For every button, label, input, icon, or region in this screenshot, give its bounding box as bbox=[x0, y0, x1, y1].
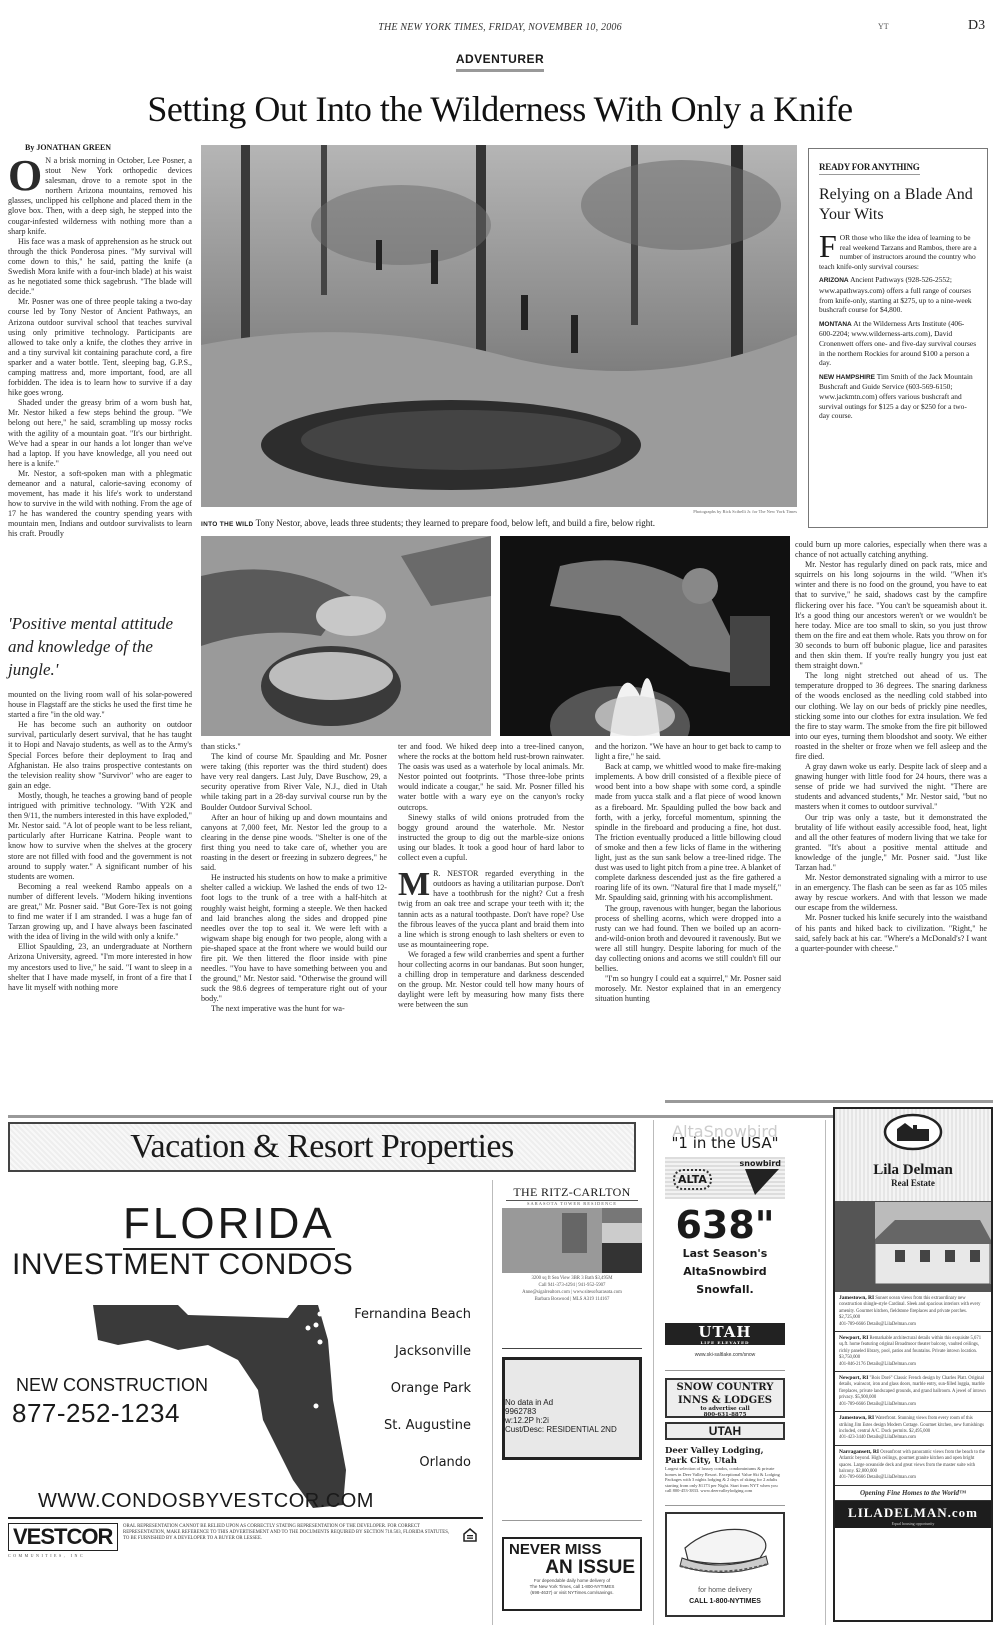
photo-building-fire bbox=[500, 536, 790, 736]
sidebar-box: READY FOR ANYTHING Relying on a Blade An… bbox=[808, 148, 988, 528]
sidebar-title: Relying on a Blade And Your Wits bbox=[819, 185, 977, 225]
edition-mark: YT bbox=[878, 22, 889, 31]
divider bbox=[665, 1505, 785, 1506]
ad-column-rule bbox=[665, 1100, 993, 1103]
city-label: St. Augustine bbox=[384, 1418, 471, 1433]
sidebar-entry: MONTANA At the Wilderness Arts Institute… bbox=[819, 319, 977, 368]
ad-phone: 877-252-1234 bbox=[12, 1398, 180, 1429]
listing: Jamestown, RI Sunset ocean views from th… bbox=[835, 1292, 991, 1332]
listing: Jamestown, RI Waterfront. Stunning views… bbox=[835, 1412, 991, 1446]
city-label: Orlando bbox=[419, 1455, 471, 1470]
section-kicker: ADVENTURER bbox=[0, 52, 1000, 72]
vestcor-logo: VESTCOR COMMUNITIES, INC bbox=[8, 1523, 118, 1558]
ad-subtitle: INVESTMENT CONDOS bbox=[12, 1248, 353, 1282]
house-logo-icon bbox=[883, 1113, 943, 1151]
page-folio: THE NEW YORK TIMES, FRIDAY, NOVEMBER 10,… bbox=[0, 22, 1000, 33]
lila-delman-ad[interactable]: Lila Delman Real Estate Jamestown, RI Su… bbox=[833, 1107, 993, 1622]
altasnowbird-ad[interactable]: AltaSnowbird "1 in the USA" ALTA snowbir… bbox=[665, 1123, 785, 1323]
sidebar-entry: NEW HAMPSHIRE Tim Smith of the Jack Moun… bbox=[819, 372, 977, 421]
photo-preparing-food bbox=[201, 536, 491, 736]
snowfall-number: 638" bbox=[665, 1205, 785, 1245]
photo-caption: INTO THE WILD Tony Nestor, above, leads … bbox=[201, 518, 797, 528]
legal-disclaimer: ORAL REPRESENTATION CANNOT BE RELIED UPO… bbox=[123, 1524, 453, 1543]
florida-condos-ad[interactable]: FLORIDA INVESTMENT CONDOS Fernandina Bea… bbox=[8, 1190, 483, 1630]
placeholder-ad: No data in Ad 9962783 w:12.2P h:2i Cust/… bbox=[502, 1357, 642, 1460]
lila-url-link[interactable]: LILADELMAN.comEqual housing opportunity bbox=[835, 1501, 991, 1528]
page-number: D3 bbox=[968, 18, 985, 34]
drop-cap: F bbox=[819, 233, 840, 259]
column-divider bbox=[492, 1180, 493, 1625]
article-column-1: ON a brisk morning in October, Lee Posne… bbox=[8, 156, 192, 612]
ritz-logo: THE RITZ-CARLTON bbox=[506, 1185, 638, 1201]
column-divider bbox=[653, 1120, 654, 1625]
column-divider bbox=[825, 1120, 826, 1625]
city-label: Jacksonville bbox=[395, 1344, 471, 1359]
lila-house-photo bbox=[835, 1202, 991, 1292]
article-column-4: and the horizon. "We have an hour to get… bbox=[595, 742, 781, 1082]
utah-section-header: UTAH bbox=[665, 1422, 785, 1440]
listing: Narragansett, RI Oceanfront with panoram… bbox=[835, 1446, 991, 1486]
snowbird-triangle-icon bbox=[745, 1169, 779, 1195]
utah-logo: UTAHLIFE ELEVATED bbox=[665, 1323, 785, 1345]
home-delivery-ad[interactable]: for home delivery CALL 1-800-NYTIMES bbox=[665, 1512, 785, 1617]
drop-cap: O bbox=[8, 158, 45, 194]
sidebar-entry: ARIZONA Ancient Pathways (928-526-2552; … bbox=[819, 275, 977, 314]
article-column-3: ter and food. We hiked deep into a tree-… bbox=[398, 742, 584, 1082]
never-miss-issue-ad[interactable]: NEVER MISS AN ISSUE For dependable daily… bbox=[502, 1537, 642, 1611]
article-headline: Setting Out Into the Wilderness With Onl… bbox=[0, 88, 1000, 130]
deer-valley-ad[interactable]: Deer Valley Lodging, Park City, Utah Lar… bbox=[665, 1446, 785, 1494]
lila-slogan: Opening Fine Homes to the World™ bbox=[835, 1486, 991, 1501]
equal-housing-icon bbox=[463, 1528, 477, 1542]
alta-logo-icon: ALTA bbox=[673, 1169, 712, 1190]
byline: By JONATHAN GREEN bbox=[25, 143, 111, 152]
sidebar-kicker: READY FOR ANYTHING bbox=[819, 162, 920, 175]
snowbird-logo-icon: snowbird bbox=[740, 1159, 781, 1168]
city-label: Orange Park bbox=[391, 1381, 471, 1396]
listing: Newport, RI Remarkable architectural det… bbox=[835, 1332, 991, 1372]
alta-logos: ALTA snowbird bbox=[665, 1157, 785, 1199]
photo-credit: Photographs by Rick Scibelli Jr. for The… bbox=[201, 509, 797, 514]
divider bbox=[502, 1520, 642, 1521]
listing: Newport, RI "Bois Doré" Classic French d… bbox=[835, 1372, 991, 1412]
divider bbox=[8, 1517, 483, 1519]
ritz-carlton-ad[interactable]: THE RITZ-CARLTON SARASOTA TOWER RESIDENC… bbox=[502, 1185, 642, 1345]
article-column-1-continued: mounted on the living room wall of his s… bbox=[8, 690, 192, 1082]
divider bbox=[502, 1348, 642, 1349]
ad-title: FLORIDA bbox=[123, 1200, 335, 1250]
article-column-2: than sticks." The kind of course Mr. Spa… bbox=[201, 742, 387, 1082]
drop-cap: M bbox=[398, 871, 433, 899]
lila-header: Lila Delman Real Estate bbox=[835, 1109, 991, 1202]
snow-country-ad[interactable]: SNOW COUNTRY INNS & LODGES to advertise … bbox=[665, 1378, 785, 1418]
city-label: Fernandina Beach bbox=[354, 1307, 471, 1322]
main-photo-hikers bbox=[201, 145, 797, 507]
sidebar-body: FOR those who like the idea of learning … bbox=[819, 233, 977, 421]
article-column-5: could burn up more calories, especially … bbox=[795, 540, 987, 1082]
ritz-photo bbox=[502, 1208, 642, 1273]
caption-label: INTO THE WILD bbox=[201, 521, 254, 528]
vacation-resort-banner: Vacation & Resort Properties bbox=[8, 1122, 636, 1172]
new-construction-label: NEW CONSTRUCTION bbox=[16, 1375, 208, 1396]
divider bbox=[665, 1370, 785, 1371]
alta-url-link[interactable]: www.ski-saltlake.com/snow bbox=[665, 1352, 785, 1358]
ad-url-link[interactable]: WWW.CONDOSBYVESTCOR.COM bbox=[38, 1490, 374, 1513]
pull-quote: 'Positive mental attitude and knowledge … bbox=[8, 612, 192, 681]
sandwich-icon bbox=[670, 1518, 780, 1580]
